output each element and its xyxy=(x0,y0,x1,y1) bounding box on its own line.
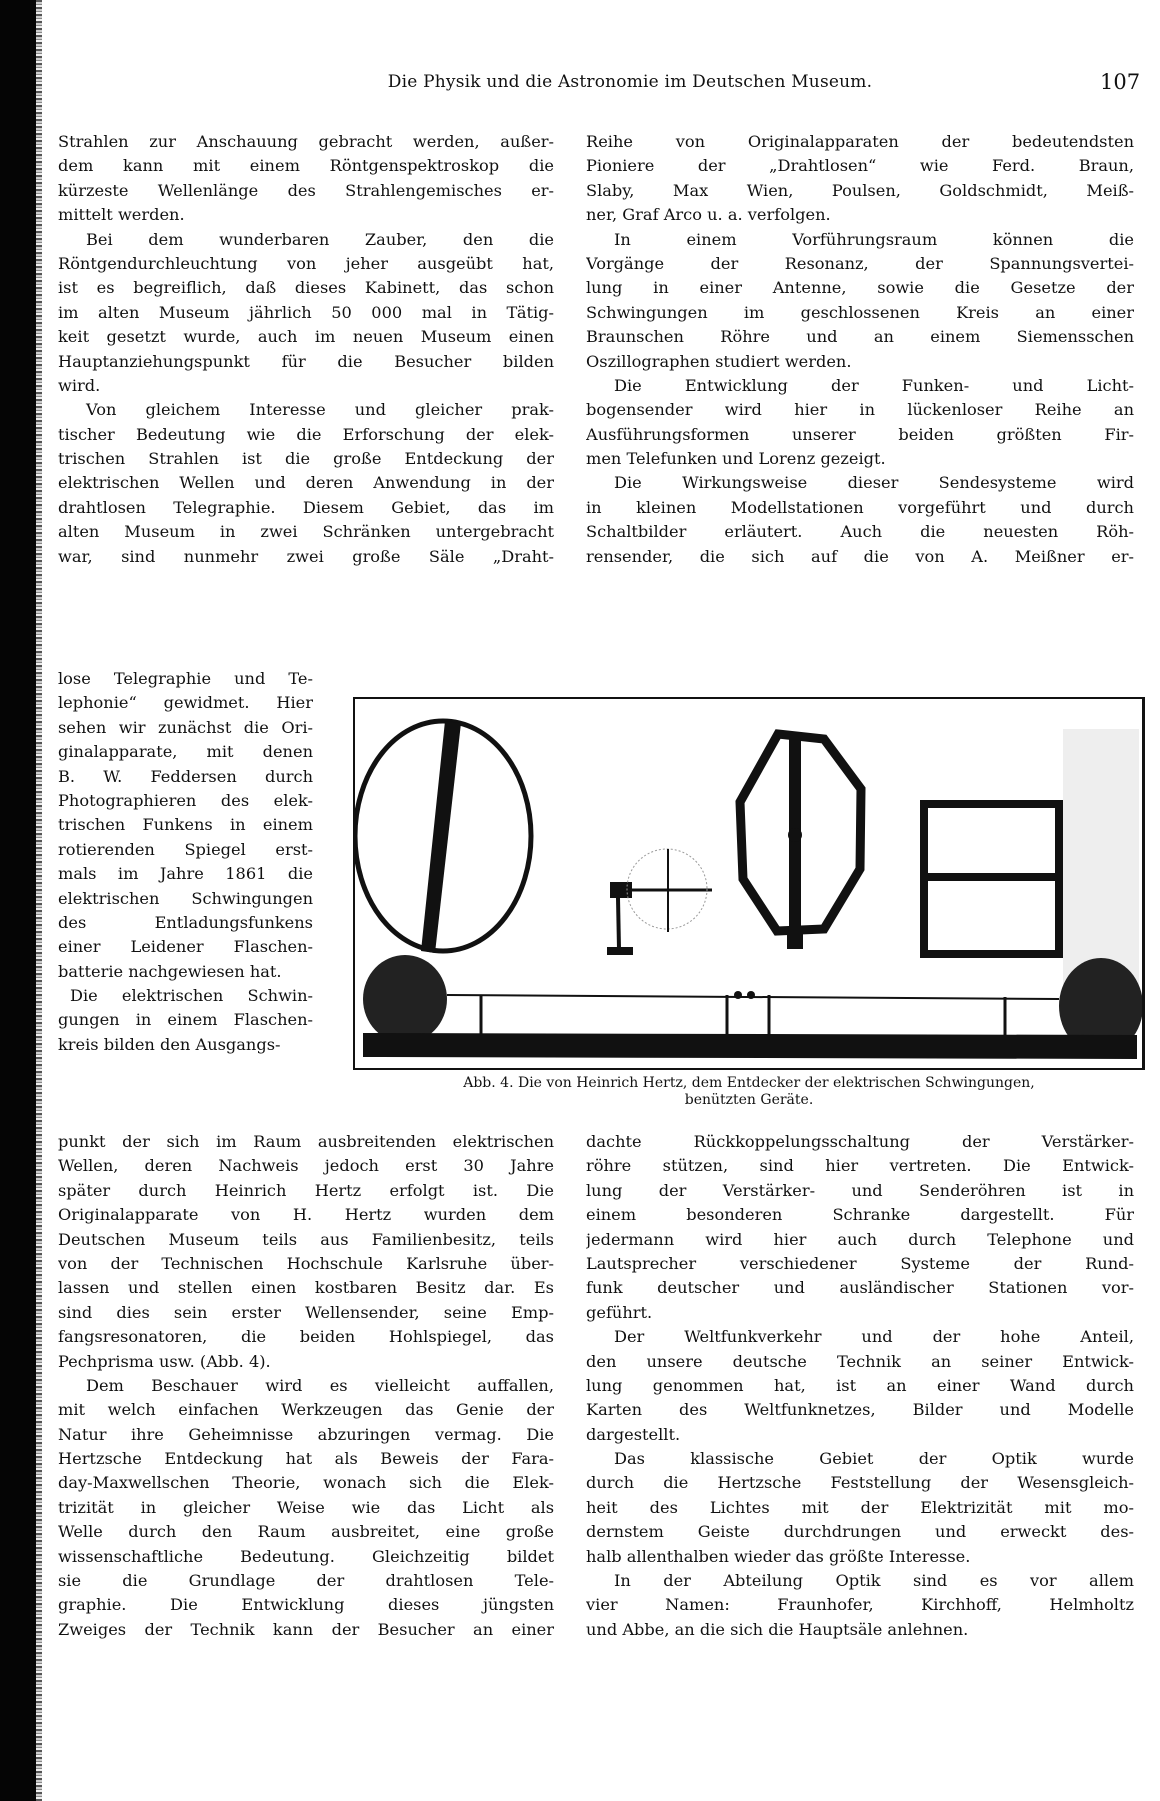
text-line: Hauptanziehungspunkt für die Besucher bi… xyxy=(58,350,554,374)
text-line: durch die Hertzsche Feststellung der Wes… xyxy=(586,1471,1134,1495)
text-line: gungen in einem Flaschen- xyxy=(58,1008,313,1032)
right-column-top: Reihe von Originalapparaten der bedeuten… xyxy=(586,130,1134,569)
text-line: Die elektrischen Schwin- xyxy=(58,984,313,1008)
text-line: lung der Verstärker- und Senderöhren ist… xyxy=(586,1179,1134,1203)
text-line: day-Maxwellschen Theorie, wonach sich di… xyxy=(58,1471,554,1495)
text-line: im alten Museum jährlich 50 000 mal in T… xyxy=(58,301,554,325)
text-line: Vorgänge der Resonanz, der Spannungsvert… xyxy=(586,252,1134,276)
text-line: einer Leidener Flaschen- xyxy=(58,935,313,959)
text-line: Braunschen Röhre und an einem Siemenssch… xyxy=(586,325,1134,349)
text-line: dem kann mit einem Röntgenspektroskop di… xyxy=(58,154,554,178)
text-line: heit des Lichtes mit der Elektrizität mi… xyxy=(586,1496,1134,1520)
text-line: jedermann wird hier auch durch Telephone… xyxy=(586,1228,1134,1252)
text-line: Das klassische Gebiet der Optik wurde xyxy=(586,1447,1134,1471)
text-line: punkt der sich im Raum ausbreitenden ele… xyxy=(58,1130,554,1154)
left-column-bottom: punkt der sich im Raum ausbreitenden ele… xyxy=(58,1130,554,1642)
text-line: dernstem Geiste durchdrungen und erweckt… xyxy=(586,1520,1134,1544)
text-line: Schwingungen im geschlossenen Kreis an e… xyxy=(586,301,1134,325)
text-line: Röntgendurchleuchtung von jeher ausgeübt… xyxy=(58,252,554,276)
text-line: von der Technischen Hochschule Karlsruhe… xyxy=(58,1252,554,1276)
text-line: Ausführungsformen unserer beiden größten… xyxy=(586,423,1134,447)
text-line: Zweiges der Technik kann der Besucher an… xyxy=(58,1618,554,1642)
text-line: lassen und stellen einen kostbaren Besit… xyxy=(58,1276,554,1300)
text-line: tischer Bedeutung wie die Erforschung de… xyxy=(58,423,554,447)
text-line: ner, Graf Arco u. a. verfolgen. xyxy=(586,203,1134,227)
text-line: Photographieren des elek- xyxy=(58,789,313,813)
text-line: wird. xyxy=(58,374,554,398)
text-line: später durch Heinrich Hertz erfolgt ist.… xyxy=(58,1179,554,1203)
text-line: kürzeste Wellenlänge des Strahlengemisch… xyxy=(58,179,554,203)
text-line: Reihe von Originalapparaten der bedeuten… xyxy=(586,130,1134,154)
text-line: lung genommen hat, ist an einer Wand dur… xyxy=(586,1374,1134,1398)
text-line: Schaltbilder erläutert. Auch die neueste… xyxy=(586,520,1134,544)
text-line: des Entladungsfunkens xyxy=(58,911,313,935)
text-line: fangsresonatoren, die beiden Hohlspiegel… xyxy=(58,1325,554,1349)
text-line: Die Wirkungsweise dieser Sendesysteme wi… xyxy=(586,471,1134,495)
text-line: Strahlen zur Anschauung gebracht werden,… xyxy=(58,130,554,154)
text-line: Pechprisma usw. (Abb. 4). xyxy=(58,1350,554,1374)
text-line: bogensender wird hier in lückenloser Rei… xyxy=(586,398,1134,422)
binding-edge xyxy=(36,0,42,1801)
text-line: trischen Funkens in einem xyxy=(58,813,313,837)
text-line: lose Telegraphie und Te- xyxy=(58,667,313,691)
text-line: trizität in gleicher Weise wie das Licht… xyxy=(58,1496,554,1520)
text-line: Deutschen Museum teils aus Familienbesit… xyxy=(58,1228,554,1252)
text-line: elektrischen Wellen und deren Anwendung … xyxy=(58,471,554,495)
hertz-apparatus-illustration xyxy=(355,699,1142,1068)
text-line: dargestellt. xyxy=(586,1423,1134,1447)
text-line: ginalapparate, mit denen xyxy=(58,740,313,764)
text-line: Dem Beschauer wird es vielleicht auffall… xyxy=(58,1374,554,1398)
wave-transmitter-icon xyxy=(363,955,1142,1059)
text-line: geführt. xyxy=(586,1301,1134,1325)
text-line: mit welch einfachen Werkzeugen das Genie… xyxy=(58,1398,554,1422)
text-line: Lautsprecher verschiedener Systeme der R… xyxy=(586,1252,1134,1276)
text-line: rotierenden Spiegel erst- xyxy=(58,838,313,862)
text-line: Oszillographen studiert werden. xyxy=(586,350,1134,374)
text-line: einem besonderen Schranke dargestellt. F… xyxy=(586,1203,1134,1227)
text-line: halb allenthalben wieder das größte Inte… xyxy=(586,1545,1134,1569)
text-line: Hertzsche Entdeckung hat als Beweis der … xyxy=(58,1447,554,1471)
text-line: vier Namen: Fraunhofer, Kirchhoff, Helmh… xyxy=(586,1593,1134,1617)
text-line: Der Weltfunkverkehr und der hohe Anteil, xyxy=(586,1325,1134,1349)
text-line: mals im Jahre 1861 die xyxy=(58,862,313,886)
figure-caption-line-1: Abb. 4. Die von Heinrich Hertz, dem Entd… xyxy=(353,1075,1145,1092)
text-line: wissenschaftliche Bedeutung. Gleichzeiti… xyxy=(58,1545,554,1569)
text-line: drahtlosen Telegraphie. Diesem Gebiet, d… xyxy=(58,496,554,520)
right-column-bottom: dachte Rückkoppelungsschaltung der Verst… xyxy=(586,1130,1134,1642)
text-line: mittelt werden. xyxy=(58,203,554,227)
figure-hertz-apparatus xyxy=(353,697,1145,1070)
text-line: Natur ihre Geheimnisse abzuringen vermag… xyxy=(58,1423,554,1447)
text-line: ist es begreiflich, daß dieses Kabinett,… xyxy=(58,276,554,300)
text-line: Bei dem wunderbaren Zauber, den die xyxy=(58,228,554,252)
text-line: Pioniere der „Drahtlosen“ wie Ferd. Brau… xyxy=(586,154,1134,178)
text-line: Die Entwicklung der Funken- und Licht- xyxy=(586,374,1134,398)
binding-stripe xyxy=(0,0,36,1801)
text-line: in kleinen Modellstationen vorgeführt un… xyxy=(586,496,1134,520)
text-line: Wellen, deren Nachweis jedoch erst 30 Ja… xyxy=(58,1154,554,1178)
text-line: In der Abteilung Optik sind es vor allem xyxy=(586,1569,1134,1593)
octagonal-resonator-icon xyxy=(740,734,861,949)
text-line: trischen Strahlen ist die große Entdecku… xyxy=(58,447,554,471)
text-line: lung in einer Antenne, sowie die Gesetze… xyxy=(586,276,1134,300)
text-line: keit gesetzt wurde, auch im neuen Museum… xyxy=(58,325,554,349)
text-line: batterie nachgewiesen hat. xyxy=(58,960,313,984)
page-number: 107 xyxy=(1100,70,1140,94)
text-line: Slaby, Max Wien, Poulsen, Goldschmidt, M… xyxy=(586,179,1134,203)
text-line: sehen wir zunächst die Ori- xyxy=(58,716,313,740)
text-line: Karten des Weltfunknetzes, Bilder und Mo… xyxy=(586,1398,1134,1422)
text-line: dachte Rückkoppelungsschaltung der Verst… xyxy=(586,1130,1134,1154)
spark-gap-stand-icon xyxy=(607,849,712,955)
text-line: In einem Vorführungsraum können die xyxy=(586,228,1134,252)
text-line: und Abbe, an die sich die Hauptsäle anle… xyxy=(586,1618,1134,1642)
figure-caption-line-2: benützten Geräte. xyxy=(353,1092,1145,1109)
left-column-narrow: lose Telegraphie und Te-lephonie“ gewidm… xyxy=(58,667,313,1057)
text-line: lephonie“ gewidmet. Hier xyxy=(58,691,313,715)
text-line: men Telefunken und Lorenz gezeigt. xyxy=(586,447,1134,471)
text-line: funk deutscher und ausländischer Station… xyxy=(586,1276,1134,1300)
text-line: rensender, die sich auf die von A. Meißn… xyxy=(586,545,1134,569)
text-line: Von gleichem Interesse und gleicher prak… xyxy=(58,398,554,422)
text-line: B. W. Feddersen durch xyxy=(58,765,313,789)
text-line: elektrischen Schwingungen xyxy=(58,887,313,911)
text-line: sie die Grundlage der drahtlosen Tele- xyxy=(58,1569,554,1593)
text-line: kreis bilden den Ausgangs- xyxy=(58,1033,313,1057)
running-head: Die Physik und die Astronomie im Deutsch… xyxy=(330,72,930,92)
text-line: den unsere deutsche Technik an seiner En… xyxy=(586,1350,1134,1374)
text-line: graphie. Die Entwicklung dieses jüngsten xyxy=(58,1593,554,1617)
text-line: sind dies sein erster Wellensender, sein… xyxy=(58,1301,554,1325)
text-line: alten Museum in zwei Schränken untergebr… xyxy=(58,520,554,544)
left-column-top: Strahlen zur Anschauung gebracht werden,… xyxy=(58,130,554,569)
text-line: war, sind nunmehr zwei große Säle „Draht… xyxy=(58,545,554,569)
text-line: Welle durch den Raum ausbreitet, eine gr… xyxy=(58,1520,554,1544)
figure-caption: Abb. 4. Die von Heinrich Hertz, dem Entd… xyxy=(353,1075,1145,1109)
circular-resonator-icon xyxy=(355,721,531,953)
text-line: Originalapparate von H. Hertz wurden dem xyxy=(58,1203,554,1227)
text-line: röhre stützen, sind hier vertreten. Die … xyxy=(586,1154,1134,1178)
